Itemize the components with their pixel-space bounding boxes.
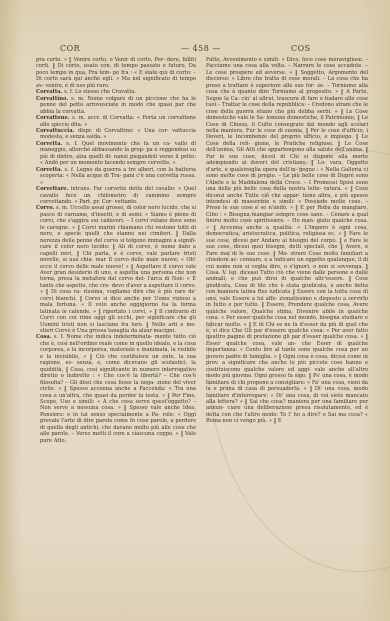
page-edge-shadow-left bbox=[0, 0, 22, 621]
running-head-left: COR bbox=[60, 44, 80, 53]
entry-headword: Cosa. bbox=[36, 334, 52, 340]
entry-definition: s. f. Legno da guerra a tre alberi, con … bbox=[40, 167, 196, 186]
dictionary-entry: Corvetta. s. f. Quel movimento che fa un… bbox=[36, 141, 196, 167]
entry-headword: Corvetta. bbox=[36, 167, 62, 173]
dictionary-entry: Corvattone. s. m. accr. di Corvatta: « P… bbox=[36, 115, 196, 128]
entry-definition: s. m. Uccello assai grosso, di color ner… bbox=[40, 205, 196, 334]
entry-definition: Fatto, Avvenimento e simili: « Dico, fec… bbox=[206, 57, 368, 424]
entry-headword: Corvetta. bbox=[36, 141, 62, 147]
dictionary-entry: Corvettare. intrans. Far corvette detto … bbox=[36, 186, 196, 205]
dictionary-entry: Cosa. s. f. Nome che indica indeterminat… bbox=[36, 334, 196, 444]
entry-headword: Corvattino. bbox=[36, 96, 68, 102]
page-number: — 458 — bbox=[181, 44, 221, 53]
dictionary-entry: Corvetta. s. f. Legno da guerra a tre al… bbox=[36, 167, 196, 186]
page-header: COR — 458 — COS bbox=[36, 44, 368, 56]
entry-headword: Corvettare. bbox=[36, 186, 68, 192]
left-column: pra corto. » ‖ Venire corto, o Venir di … bbox=[36, 57, 196, 557]
dictionary-entry: pra corto. » ‖ Venire corto, o Venir di … bbox=[36, 57, 196, 89]
dictionary-columns: pra corto. » ‖ Venire corto, o Venir di … bbox=[36, 57, 368, 557]
entry-definition: s. f. Lo stesso che Cravatta. bbox=[64, 89, 136, 95]
entry-headword: Corvo. bbox=[36, 205, 54, 211]
dictionary-entry: Fatto, Avvenimento e simili: « Dico, fec… bbox=[206, 57, 368, 425]
entry-definition: s. f. Quel movimento che fa un ca- vallo… bbox=[40, 141, 196, 166]
entry-definition: pra corto. » ‖ Venire corto, o Venir di … bbox=[36, 57, 196, 89]
entry-headword: Corvatta. bbox=[36, 89, 62, 95]
right-column: Fatto, Avvenimento e simili: « Dico, fec… bbox=[206, 57, 368, 557]
entry-headword: Corvattone. bbox=[36, 115, 70, 121]
dictionary-entry: Corvattino. s. m. Nome volgare di un pic… bbox=[36, 96, 196, 115]
dictionary-entry: Corvattuccia. dispr. di Corvattino: « Un… bbox=[36, 128, 196, 141]
running-head-right: COS bbox=[291, 44, 311, 53]
entry-definition: s. f. Nome che indica indeterminata- men… bbox=[40, 334, 196, 443]
entry-headword: Corvattuccia. bbox=[36, 128, 74, 134]
dictionary-entry: Corvo. s. m. Uccello assai grosso, di co… bbox=[36, 205, 196, 334]
